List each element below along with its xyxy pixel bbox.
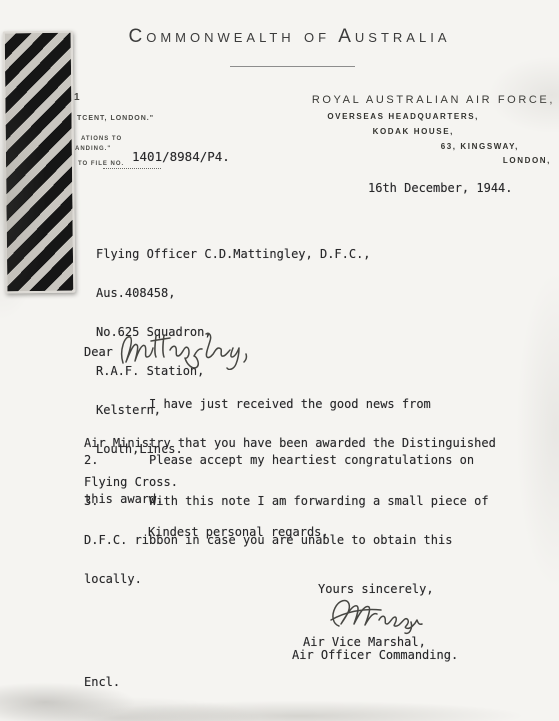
recipient-line: Flying Officer C.D.Mattingley, D.F.C., — [96, 248, 371, 261]
body-line: 2. Please accept my heartiest congratula… — [84, 454, 474, 467]
title-divider — [230, 66, 355, 67]
letterhead-fragment: ATIONS TO — [81, 136, 122, 142]
letter-title: Commonwealth of Australia — [20, 26, 559, 48]
salutation-typed: Dear — [84, 346, 113, 359]
handwritten-salutation-name — [118, 326, 258, 370]
regards-line: Kindest personal regards, — [148, 526, 329, 539]
signatory-role: Air Officer Commanding. — [292, 649, 458, 662]
letterhead-line: OVERSEAS HEADQUARTERS, — [327, 112, 479, 121]
letterhead-fragment: TCENT, LONDON." — [77, 115, 154, 122]
file-number-ruled-line — [103, 168, 161, 169]
letterhead-org: ROYAL AUSTRALIAN AIR FORCE, — [312, 94, 555, 106]
dfc-ribbon-swatch — [3, 31, 76, 294]
file-number-label: TO FILE NO. — [78, 161, 124, 167]
letterhead-line: 63, KINGSWAY, — [441, 142, 519, 151]
recipient-line: Aus.408458, — [96, 287, 371, 300]
letterhead-fragment: 1 — [74, 92, 81, 103]
letter-page: Commonwealth of Australia ROYAL AUSTRALI… — [0, 0, 559, 721]
body-line: I have just received the good news from — [84, 398, 496, 411]
handwritten-signature — [325, 594, 435, 636]
signature-text: HNWrigley — [0, 0, 1, 1]
letterhead-line: LONDON, — [503, 156, 551, 165]
enclosure-note: Encl. — [84, 676, 120, 689]
handwritten-salutation-text: Mattingley, — [0, 0, 1, 1]
file-number: 1401/8984/P4. — [132, 150, 230, 163]
letter-date: 16th December, 1944. — [368, 182, 513, 195]
letterhead-line: KODAK HOUSE, — [373, 127, 454, 136]
body-line: 3. With this note I am forwarding a smal… — [84, 495, 489, 508]
letterhead-fragment: ANDING." — [75, 146, 111, 152]
